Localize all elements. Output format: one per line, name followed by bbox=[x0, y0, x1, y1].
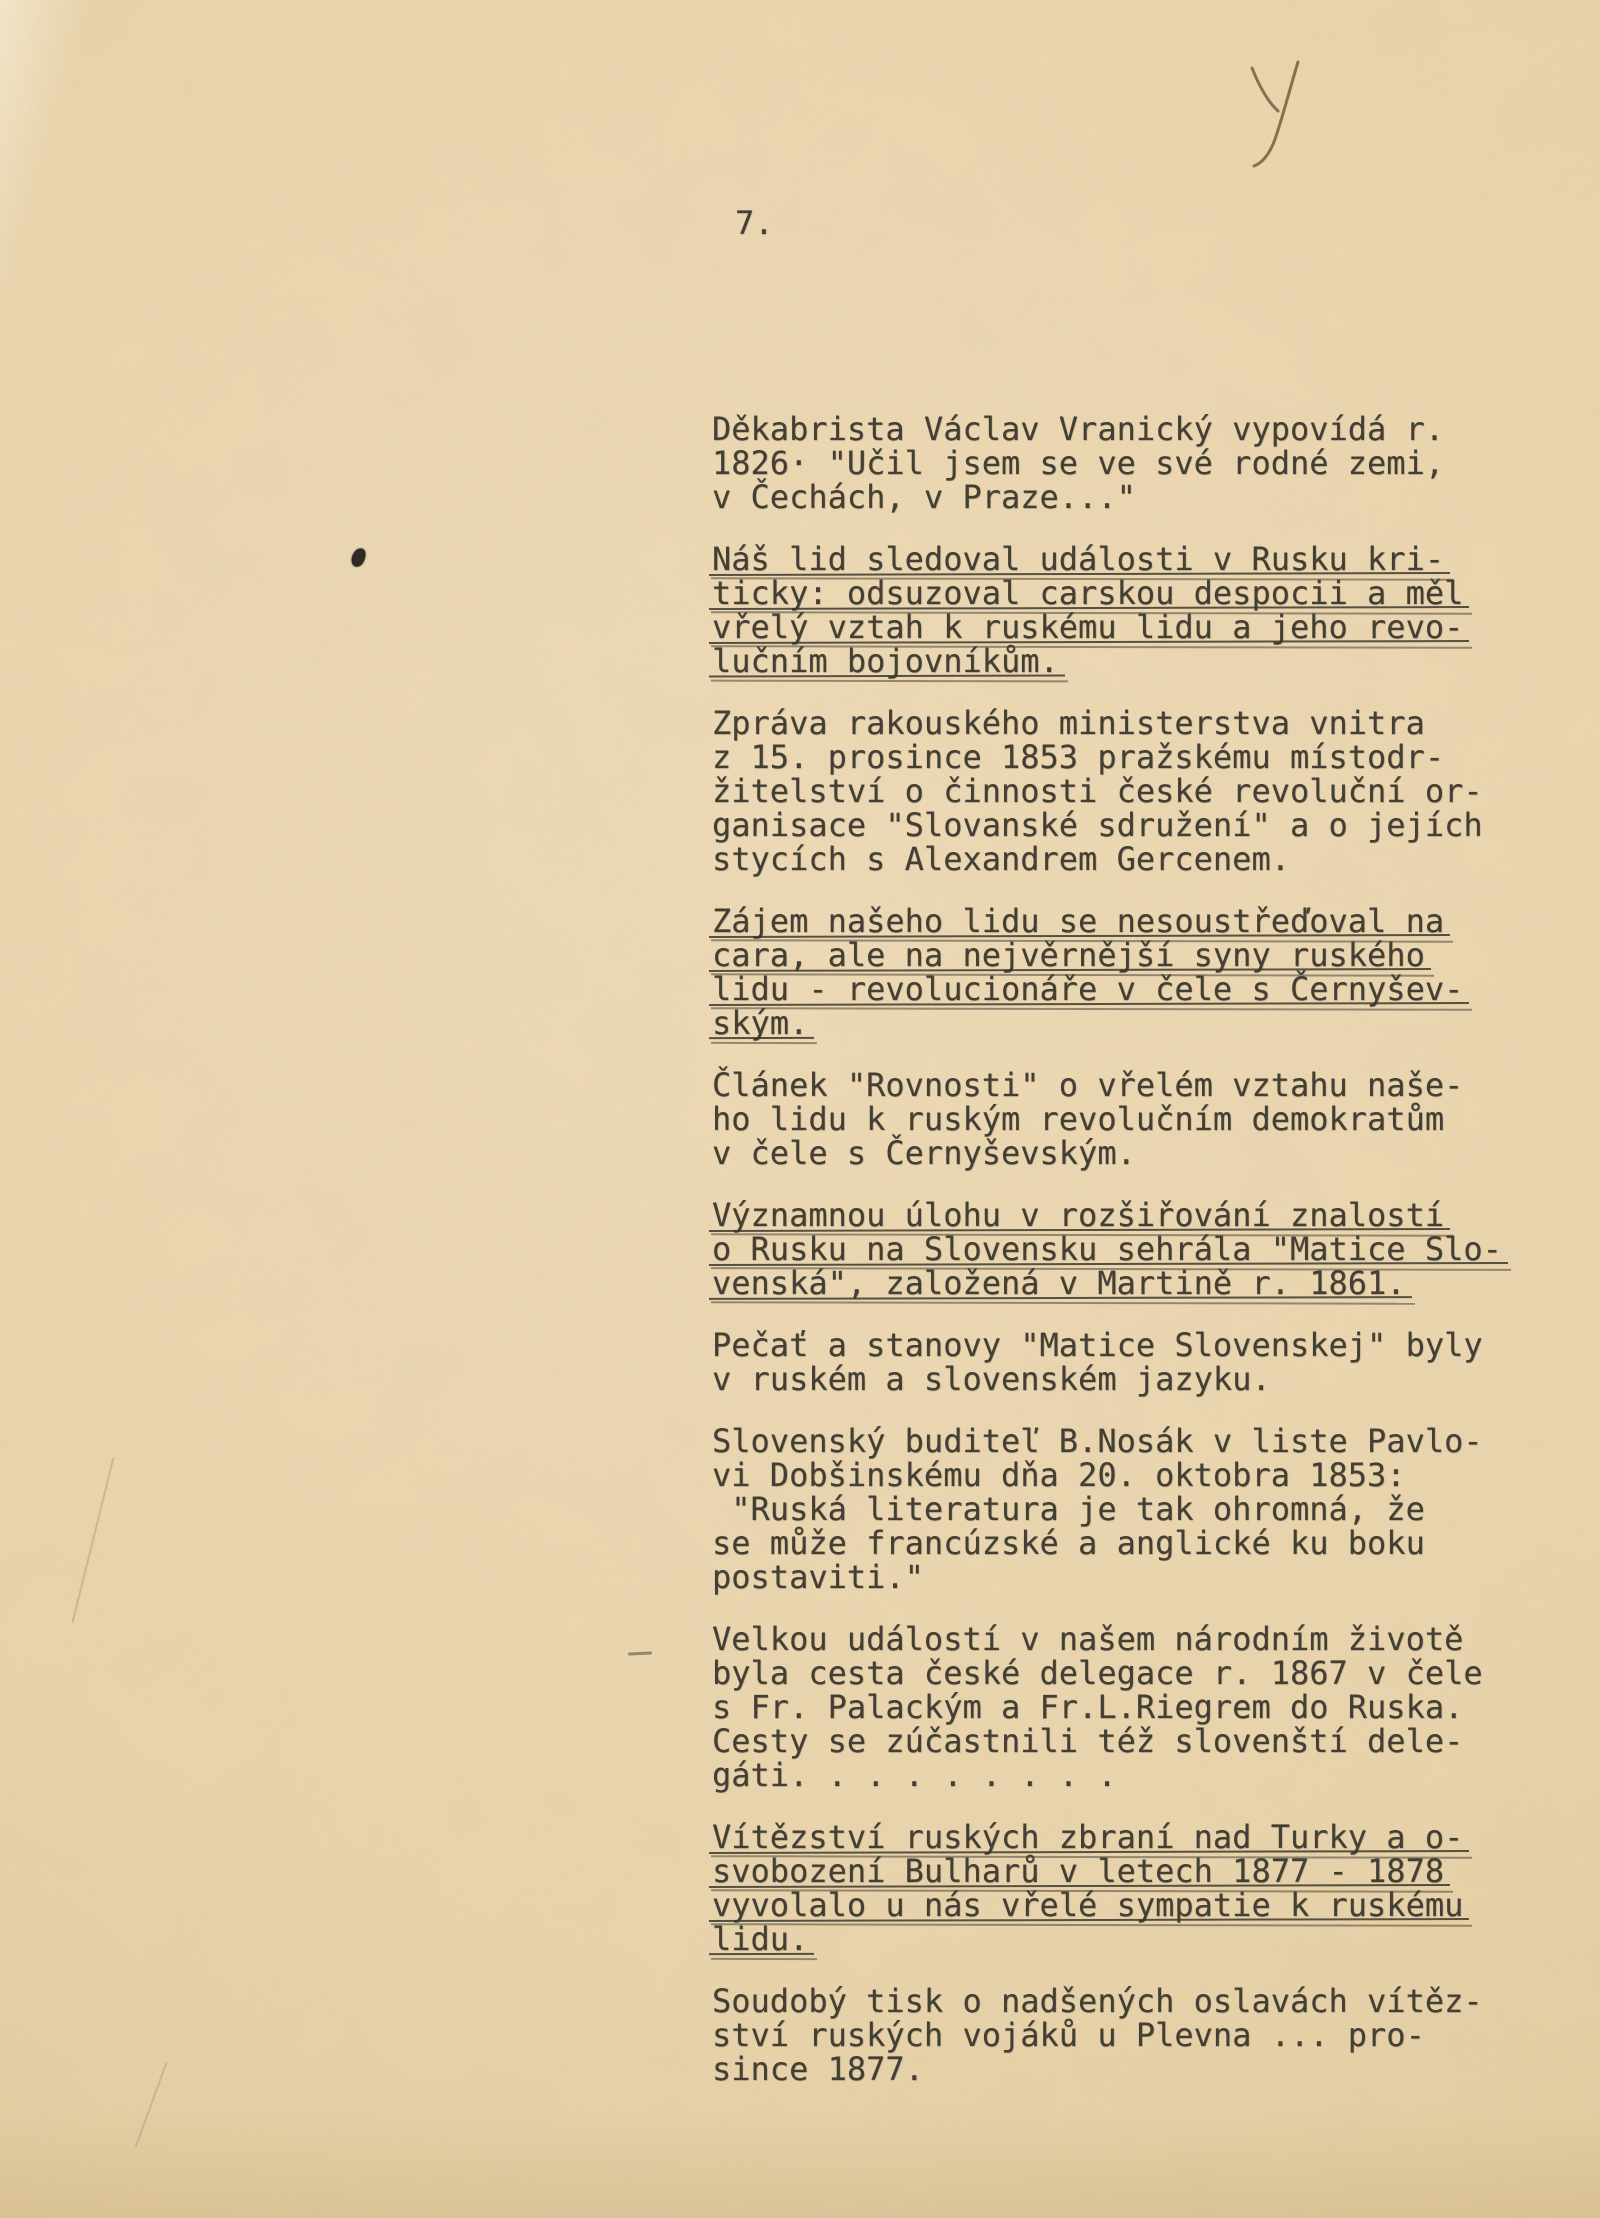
text-line: Náš lid sledoval události v Rusku kri- bbox=[712, 542, 1502, 576]
paragraph-8: Slovenský buditeľ B.Nosák v liste Pavlo-… bbox=[712, 1424, 1502, 1594]
text-line: lidu - revolucionáře v čele s Černyšev- bbox=[712, 972, 1463, 1006]
text-line: 1826· "Učil jsem se ve své rodné zemi, bbox=[712, 446, 1502, 480]
paper-crease bbox=[135, 2062, 168, 2147]
text-line: Zájem našeho lidu se nesoustřeďoval na bbox=[712, 904, 1444, 938]
text-line: Děkabrista Václav Vranický vypovídá r. bbox=[712, 410, 1444, 448]
text-line: Náš lid sledoval události v Rusku kri- bbox=[712, 542, 1444, 576]
text-line: v Čechách, v Praze..." bbox=[712, 480, 1502, 514]
page-number: 7. bbox=[735, 206, 774, 240]
text-line: v ruském a slovenském jazyku. bbox=[712, 1362, 1502, 1396]
paragraph-6: Významnou úlohu v rozšiřování znalostí o… bbox=[712, 1198, 1502, 1300]
paragraph-7: Pečať a stanovy "Matice Slovenskej" byly… bbox=[712, 1328, 1502, 1396]
text-line: cara, ale na nejvěrnější syny ruského bbox=[712, 938, 1425, 972]
text-line: gáti. . . . . . . . . bbox=[712, 1758, 1502, 1792]
text-line: postaviti." bbox=[712, 1560, 1502, 1594]
text-line: Soudobý tisk o nadšených oslavách vítěz- bbox=[712, 1984, 1502, 2018]
text-line: Soudobý tisk o nadšených oslavách vítěz- bbox=[712, 1982, 1483, 2020]
text-line: žitelství o činnosti české revoluční or- bbox=[712, 772, 1483, 810]
text-line: Cesty se zúčastnili též slovenští dele- bbox=[712, 1722, 1463, 1760]
ink-blot bbox=[350, 547, 367, 569]
text-line: ganisace "Slovanské sdružení" a o jejích bbox=[712, 808, 1502, 842]
text-line: Slovenský buditeľ B.Nosák v liste Pavlo- bbox=[712, 1422, 1483, 1460]
text-line: vyvolalo u nás vřelé sympatie k ruskému bbox=[712, 1888, 1502, 1922]
paragraph-2: Náš lid sledoval události v Rusku kri- t… bbox=[712, 542, 1502, 678]
text-line: o Rusku na Slovensku sehrála "Matice Slo… bbox=[712, 1232, 1502, 1266]
text-line: lučním bojovníkům. bbox=[712, 644, 1059, 678]
text-line: lidu. bbox=[712, 1922, 808, 1956]
text-line: Zájem našeho lidu se nesoustřeďoval na bbox=[712, 904, 1502, 938]
text-line: Článek "Rovnosti" o vřelém vztahu naše- bbox=[712, 1066, 1463, 1104]
text-line: s Fr. Palackým a Fr.L.Riegrem do Ruska. bbox=[712, 1690, 1502, 1724]
paragraph-1: Děkabrista Václav Vranický vypovídá r. 1… bbox=[712, 412, 1502, 514]
text-line: ským. bbox=[712, 1006, 1502, 1040]
text-line: žitelství o činnosti české revoluční or- bbox=[712, 774, 1502, 808]
text-line: venská", založená v Martině r. 1861. bbox=[712, 1266, 1406, 1300]
text-line: postaviti." bbox=[712, 1558, 924, 1596]
text-line: vřelý vztah k ruskému lidu a jeho revo- bbox=[712, 610, 1502, 644]
text-line: lučním bojovníkům. bbox=[712, 644, 1502, 678]
text-line: vyvolalo u nás vřelé sympatie k ruskému bbox=[712, 1888, 1463, 1922]
text-line: svobození Bulharů v letech 1877 - 1878 bbox=[712, 1854, 1502, 1888]
text-line: lidu. bbox=[712, 1922, 1502, 1956]
paragraph-11: Soudobý tisk o nadšených oslavách vítěz-… bbox=[712, 1984, 1502, 2086]
text-line: Slovenský buditeľ B.Nosák v liste Pavlo- bbox=[712, 1424, 1502, 1458]
text-line: byla cesta české delegace r. 1867 v čele bbox=[712, 1656, 1502, 1690]
text-line: s Fr. Palackým a Fr.L.Riegrem do Ruska. bbox=[712, 1688, 1463, 1726]
text-line: v čele s Černyševským. bbox=[712, 1136, 1502, 1170]
text-line: z 15. prosince 1853 pražskému místodr- bbox=[712, 738, 1444, 776]
text-line: Vítězství ruských zbraní nad Turky a o- bbox=[712, 1820, 1502, 1854]
text-line: se může francúzské a anglické ku boku bbox=[712, 1526, 1502, 1560]
text-line: venská", založená v Martině r. 1861. bbox=[712, 1266, 1502, 1300]
text-line: "Ruská literatura je tak ohromná, že bbox=[712, 1492, 1502, 1526]
paragraph-10: Vítězství ruských zbraní nad Turky a o- … bbox=[712, 1820, 1502, 1956]
text-line: svobození Bulharů v letech 1877 - 1878 bbox=[712, 1854, 1444, 1888]
margin-dash-mark bbox=[628, 1651, 652, 1655]
text-line: ganisace "Slovanské sdružení" a o jejích bbox=[712, 806, 1483, 844]
text-line: since 1877. bbox=[712, 2052, 1502, 2086]
text-line: byla cesta české delegace r. 1867 v čele bbox=[712, 1654, 1483, 1692]
text-line: gáti. . . . . . . . . bbox=[712, 1756, 1117, 1794]
text-line: lidu - revolucionáře v čele s Černyšev- bbox=[712, 972, 1502, 1006]
text-line: Zpráva rakouského ministerstva vnitra bbox=[712, 704, 1425, 742]
text-line: v Čechách, v Praze..." bbox=[712, 478, 1136, 516]
text-line: 1826· "Učil jsem se ve své rodné zemi, bbox=[712, 444, 1444, 482]
text-line: ho lidu k ruským revolučním demokratům bbox=[712, 1100, 1444, 1138]
text-line: Pečať a stanovy "Matice Slovenskej" byly bbox=[712, 1328, 1502, 1362]
handwritten-y-mark bbox=[1236, 58, 1312, 174]
text-line: ho lidu k ruským revolučním demokratům bbox=[712, 1102, 1502, 1136]
text-line: v ruském a slovenském jazyku. bbox=[712, 1360, 1271, 1398]
paragraph-4: Zájem našeho lidu se nesoustřeďoval na c… bbox=[712, 904, 1502, 1040]
text-line: se může francúzské a anglické ku boku bbox=[712, 1524, 1425, 1562]
text-column: Děkabrista Václav Vranický vypovídá r. 1… bbox=[712, 412, 1502, 2114]
text-line: vřelý vztah k ruskému lidu a jeho revo- bbox=[712, 610, 1463, 644]
text-line: stycích s Alexandrem Gercenem. bbox=[712, 840, 1290, 878]
text-line: Významnou úlohu v rozšiřování znalostí bbox=[712, 1198, 1444, 1232]
text-line: ticky: odsuzoval carskou despocii a měl bbox=[712, 576, 1502, 610]
text-line: ství ruských vojáků u Plevna ... pro- bbox=[712, 2016, 1425, 2054]
text-line: Významnou úlohu v rozšiřování znalostí bbox=[712, 1198, 1502, 1232]
text-line: vi Dobšinskému dňa 20. oktobra 1853: bbox=[712, 1456, 1406, 1494]
text-line: ticky: odsuzoval carskou despocii a měl bbox=[712, 576, 1463, 610]
text-line: stycích s Alexandrem Gercenem. bbox=[712, 842, 1502, 876]
text-line: Děkabrista Václav Vranický vypovídá r. bbox=[712, 412, 1502, 446]
text-line: Zpráva rakouského ministerstva vnitra bbox=[712, 706, 1502, 740]
paragraph-3: Zpráva rakouského ministerstva vnitra z … bbox=[712, 706, 1502, 876]
text-line: ským. bbox=[712, 1006, 808, 1040]
text-line: since 1877. bbox=[712, 2050, 924, 2088]
text-line: Pečať a stanovy "Matice Slovenskej" byly bbox=[712, 1326, 1483, 1364]
text-line: o Rusku na Slovensku sehrála "Matice Slo… bbox=[712, 1232, 1502, 1266]
paragraph-5: Článek "Rovnosti" o vřelém vztahu naše- … bbox=[712, 1068, 1502, 1170]
text-line: v čele s Černyševským. bbox=[712, 1134, 1136, 1172]
paper-crease bbox=[71, 1457, 114, 1622]
document-page: 7. Děkabrista Václav Vranický vypovídá r… bbox=[0, 0, 1600, 2218]
text-line: Článek "Rovnosti" o vřelém vztahu naše- bbox=[712, 1068, 1502, 1102]
text-line: ství ruských vojáků u Plevna ... pro- bbox=[712, 2018, 1502, 2052]
text-line: Vítězství ruských zbraní nad Turky a o- bbox=[712, 1820, 1463, 1854]
paragraph-9: Velkou událostí v našem národním životě … bbox=[712, 1622, 1502, 1792]
text-line: vi Dobšinskému dňa 20. oktobra 1853: bbox=[712, 1458, 1502, 1492]
text-line: Velkou událostí v našem národním životě bbox=[712, 1622, 1502, 1656]
text-line: Velkou událostí v našem národním životě bbox=[712, 1620, 1463, 1658]
text-line: "Ruská literatura je tak ohromná, že bbox=[712, 1490, 1425, 1528]
text-line: cara, ale na nejvěrnější syny ruského bbox=[712, 938, 1502, 972]
text-line: Cesty se zúčastnili též slovenští dele- bbox=[712, 1724, 1502, 1758]
text-line: z 15. prosince 1853 pražskému místodr- bbox=[712, 740, 1502, 774]
